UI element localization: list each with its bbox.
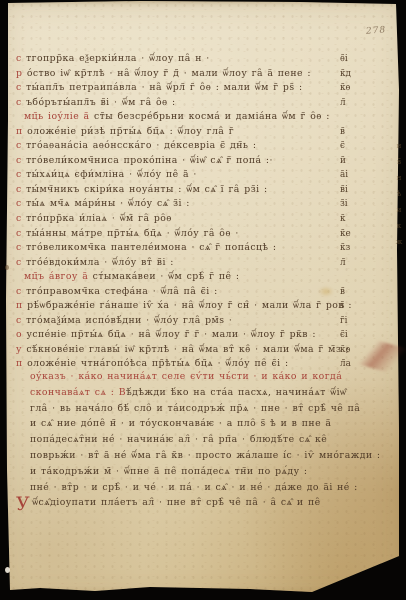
- ink-text: тго́вели́комч̃ниса проко́піна · ѿ́іѡ̑ сѧ…: [26, 155, 273, 166]
- margin-date: к̃: [340, 213, 346, 225]
- calendar-line: с тго́великомч̃ка пантеле́имона · сѧ̑ г̃…: [16, 242, 352, 257]
- ink-text: ст́ымака́веи · ѿ́м срѣ̑ г̃ пе̑ :: [93, 271, 240, 282]
- calendar-line: с ты́мч̃никъ скіри́ка ноуа́нты : ѿ́м сѧ̑…: [16, 184, 352, 199]
- rubric-text: п: [16, 300, 27, 311]
- dark-speck: [5, 265, 9, 270]
- rubric-text: мц̃ъ а́вгоу а̃: [24, 271, 93, 282]
- margin-date: в̃: [340, 286, 345, 298]
- calendar-line: с ъбо́ръты́апл̃ъ в̃і · ѿ́м га̑ о̑ѳ :л̃: [16, 97, 352, 112]
- margin-date: є̃і: [340, 329, 348, 341]
- margin-date: ѕ̃: [340, 300, 345, 312]
- margin-date: к̃ѳ: [340, 82, 350, 94]
- ink-text: и сѧ̑ ние до́пе̑ н̃ · и то́ускончава́ѥ ·…: [30, 418, 331, 429]
- calendar-line: р о́ство іѡ̑ кр̃тлѣ · на̑ ѿ́лоу г̃ д̃ · …: [16, 68, 352, 83]
- rubric-text: п: [16, 358, 27, 369]
- ink-text: тго́маѯи́ма испо́вѣ́дни · ѿ́ло́у гла̑ рм…: [26, 315, 232, 326]
- margin-date: з̃і: [340, 198, 348, 210]
- margin-date: к̃д: [340, 68, 351, 80]
- rubric-text: с: [16, 315, 26, 326]
- rubric-text: с: [16, 53, 26, 64]
- ink-text: ты́апл̃ъ петраипа́вла · на̑ ѿ́рл̃ г̃ о̑ѳ…: [26, 82, 302, 93]
- ink-text: ты́а́нны ма́тре пр̃ты́ѧ бц̃ѧ · ѿ́ло́у га…: [26, 228, 239, 239]
- ink-text: тго́аѳана́сіа аѳо́нсска́го · де́ксевріа …: [26, 140, 256, 151]
- rubric-text: с: [16, 184, 26, 195]
- ukaz-line: попа́десѧт̑ни не́ · начина́ѥ ал̑ · га̑ р…: [16, 434, 381, 450]
- white-fleck: [5, 567, 10, 573]
- calendar-line: мц̃ь іоу́ліе а̃ ст̃ы безсре́брьни косма́…: [16, 111, 352, 126]
- rubric-text: р: [16, 68, 27, 79]
- rubric-text: с: [16, 286, 26, 297]
- calendar-line: с ты́апл̃ъ петраипа́вла · на̑ ѿ́рл̃ г̃ о…: [16, 82, 352, 97]
- ukaz-line: Уѿ́сѧ̑діоупати пла́етъ ал̑ · пне вт̑ срѣ…: [16, 497, 381, 513]
- rubric-text: с: [16, 140, 26, 151]
- yellow-stain: [318, 286, 334, 297]
- edge-glyph: в̃: [393, 154, 405, 170]
- edge-glyph: ѣ: [393, 186, 405, 202]
- calendar-line: с тгопрр̃ка еѯеркіи́нла · ѿ́лоу па̑ н ·ѳ…: [16, 53, 352, 68]
- ukaz-line: скончава́ѧт сѧ : Вѣ́дѣжди ѣ́ко на ста́а …: [16, 387, 381, 403]
- calendar-line: с тго́вели́комч̃ниса проко́піна · ѿ́іѡ̑ …: [16, 155, 352, 170]
- margin-date: к̃з: [340, 242, 350, 254]
- rubric-text: с: [16, 82, 26, 93]
- ink-text: тго́великомч̃ка пантеле́имона · сѧ̑ г̃ п…: [26, 242, 276, 253]
- ink-text: оложе́ніе ри́зѣ пр̃ты́ѧ бц̃ѧ : ѿ́лоу гла…: [27, 126, 234, 137]
- ukaz-line: пне́ · вт̑р · и срѣ̑ · и че́ · и па́ · и…: [16, 482, 381, 498]
- edge-glyph: ж: [393, 234, 405, 250]
- edge-glyph: к: [393, 218, 405, 234]
- rubric-text: скончава́ѧт сѧ :: [30, 387, 119, 398]
- calendar-line: с тго́е́вдоки́мла · ѿ́ло́у вт̑ в̃і :л̃: [16, 257, 352, 272]
- ink-text: успе́ніе пр̃ты́ѧ бц̃ѧ · на̑ ѿ́лоу г̃ г̃ …: [26, 329, 315, 340]
- ink-text: тго́е́вдоки́мла · ѿ́ло́у вт̑ в̃і :: [26, 257, 174, 268]
- folio-number: 278: [366, 25, 387, 36]
- ukaz-line: оу́казъ · ка́ко начина́ѧт селе єѵ́ти чь́…: [16, 371, 381, 387]
- ink-text: тго́прр̃ка и́ліаѧ · ѿ́м̃ га̑ ро̑ѳ: [26, 213, 172, 224]
- rubric-text: у: [16, 344, 26, 355]
- rubric-text: с: [16, 213, 26, 224]
- ink-text: ѿ́сѧ̑діоупати пла́етъ ал̑ · пне вт̑ срѣ̑…: [32, 497, 320, 508]
- ink-text: и та́кодръж́и м̃ · ѿ́пне а̃ пе̑ попа́дес…: [30, 466, 308, 477]
- manuscript-photo: { "manuscript": { "folio_number": "278",…: [0, 0, 406, 600]
- calendar-line: у сѣ́кнове́ніе главы́ іѡ̑ кр̃тлѣ · на̑ ѿ…: [16, 344, 352, 359]
- calendar-line: мц̃ъ а́вгоу а̃ ст́ымака́веи · ѿ́м срѣ̑ г…: [16, 271, 352, 286]
- ink-text: пне́ · вт̑р · и срѣ̑ · и че́ · и па́ · и…: [30, 482, 358, 493]
- rubric-text: У: [16, 493, 30, 515]
- ink-text: рѣ́ѡбраже́ніе га́наше іѵ̑ х́а · на̑ ѿ́ло…: [27, 300, 352, 311]
- ink-text: о́ство іѡ̑ кр̃тлѣ · на̑ ѿ́лоу г̃ д̃ · ма…: [27, 68, 311, 79]
- ink-text: сѣ́кнове́ніе главы́ іѡ̑ кр̃тлѣ · на̑ ѿ́м…: [26, 344, 349, 355]
- ink-text: ты́хѧи́цѧ єфи́мліна · ѿ́ло́у пе̑ а̃ ·: [26, 169, 197, 180]
- rubric-text: оу́казъ · ка́ко начина́ѧт селе єѵ́ти чь́…: [30, 371, 342, 382]
- margin-date: л̃а: [340, 358, 351, 370]
- rubric-text: с: [16, 228, 26, 239]
- ink-text: оложе́ніе чтна́гопо́ѣса пр̃ѣты́ѧ бц̃ѧ · …: [27, 358, 288, 369]
- calendar-line: с ты́а́нны ма́тре пр̃ты́ѧ бц̃ѧ · ѿ́ло́у …: [16, 228, 352, 243]
- calendar-line: п рѣ́ѡбраже́ніе га́наше іѵ̑ х́а · на̑ ѿ́…: [16, 300, 352, 315]
- rubric-text: мц̃ь іоу́ліе а̃: [24, 111, 94, 122]
- edge-bleedthrough-glyphs: ив̃нѣикж: [393, 138, 405, 250]
- ink-text: ст̃ы безсре́брьни косма́ и даміа́на ѿ́м …: [94, 111, 330, 122]
- ukaz-line: поврьж́и · вт̑ а̃ не́ ѿ́ма га̑ к̃в · про…: [16, 450, 381, 466]
- rubric-text: с: [16, 198, 26, 209]
- ink-text: тго́правомч̃ка стефа́на · ѿ́ла̑ па̑ є̃і …: [26, 286, 218, 297]
- calendar-line: с тго́прр̃ка и́ліаѧ · ѿ́м̃ га̑ ро̑ѳк̃: [16, 213, 352, 228]
- edge-glyph: и: [393, 202, 405, 218]
- margin-date: к̃ѳ: [340, 344, 350, 356]
- ink-text: тгопрр̃ка еѯеркіи́нла · ѿ́лоу па̑ н ·: [26, 53, 210, 64]
- margin-date: є̃: [340, 140, 345, 152]
- ink-text: ъбо́ръты́апл̃ъ в̃і · ѿ́м га̑ о̑ѳ :: [26, 97, 176, 108]
- calendar-line: с тго́правомч̃ка стефа́на · ѿ́ла̑ па̑ є̃…: [16, 286, 352, 301]
- margin-date: а̃і: [340, 169, 348, 181]
- margin-date: в̃: [340, 126, 345, 138]
- margin-date: л̃: [340, 97, 346, 109]
- margin-date: г̃і: [340, 315, 347, 327]
- ukaz-text-block: оу́казъ · ка́ко начина́ѧт селе єѵ́ти чь́…: [16, 371, 381, 513]
- edge-glyph: и: [393, 138, 405, 154]
- calendar-line: с тго́маѯи́ма испо́вѣ́дни · ѿ́ло́у гла̑ …: [16, 315, 352, 330]
- rubric-text: с: [16, 257, 26, 268]
- margin-date: и̃: [340, 155, 346, 167]
- rubric-text: с: [16, 155, 26, 166]
- calendar-line: с тго́аѳана́сіа аѳо́нсска́го · де́ксеврі…: [16, 140, 352, 155]
- ink-text: попа́десѧт̑ни не́ · начина́ѥ ал̑ · га̑ р…: [30, 434, 327, 445]
- ukaz-line: и сѧ̑ ние до́пе̑ н̃ · и то́ускончава́ѥ ·…: [16, 418, 381, 434]
- calendar-line: с ты́ѧ мч̃ѧ ма́ри́ны · ѿ́ло́у сѧ̑ з̃і :з…: [16, 198, 352, 213]
- rubric-text: В: [119, 387, 126, 398]
- margin-date: в̃і: [340, 184, 348, 196]
- ink-text: поврьж́и · вт̑ а̃ не́ ѿ́ма га̑ к̃в · про…: [30, 450, 381, 461]
- margin-date: л̃: [340, 257, 346, 269]
- calendar-text-block: с тгопрр̃ка еѯеркіи́нла · ѿ́лоу па̑ н ·ѳ…: [16, 53, 352, 373]
- calendar-line: о успе́ніе пр̃ты́ѧ бц̃ѧ · на̑ ѿ́лоу г̃ г…: [16, 329, 352, 344]
- rubric-text: с: [16, 169, 26, 180]
- margin-date: ѳ̃і: [340, 53, 348, 65]
- ink-text: ѣ́дѣжди ѣ́ко на ста́а пасхѧ, начина́ѧт ѿ…: [126, 387, 346, 398]
- margin-date: к̃е: [340, 228, 351, 240]
- calendar-line: с ты́хѧи́цѧ єфи́мліна · ѿ́ло́у пе̑ а̃ ·а…: [16, 169, 352, 184]
- rubric-text: с: [16, 242, 26, 253]
- ink-text: гла̑ · вь нача́ло бѣ́ сло̑ и та́исодръж́…: [30, 403, 360, 414]
- ink-text: ты́мч̃никъ скіри́ка ноуа́нты : ѿ́м сѧ̑ і…: [26, 184, 267, 195]
- rubric-text: п: [16, 126, 27, 137]
- edge-glyph: н: [393, 170, 405, 186]
- ink-text: ты́ѧ мч̃ѧ ма́ри́ны · ѿ́ло́у сѧ̑ з̃і :: [26, 198, 190, 209]
- rubric-text: с: [16, 97, 26, 108]
- ukaz-line: гла̑ · вь нача́ло бѣ́ сло̑ и та́исодръж́…: [16, 403, 381, 419]
- rubric-text: о: [16, 329, 26, 340]
- ukaz-line: и та́кодръж́и м̃ · ѿ́пне а̃ пе̑ попа́дес…: [16, 466, 381, 482]
- calendar-line: п оложе́ніе ри́зѣ пр̃ты́ѧ бц̃ѧ : ѿ́лоу г…: [16, 126, 352, 141]
